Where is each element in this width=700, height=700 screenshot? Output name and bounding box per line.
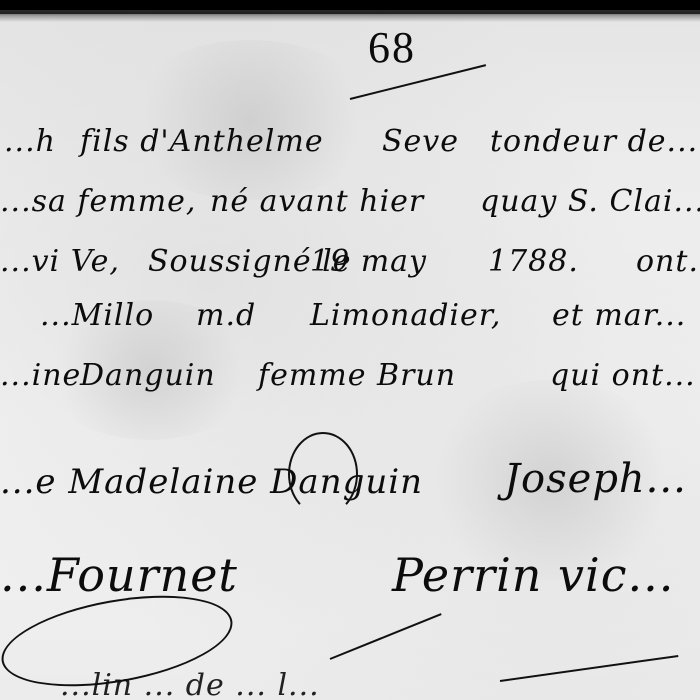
line-5-segment-2: Danguin: [80, 358, 216, 393]
perrin-flourish-stroke: [330, 613, 442, 660]
line-5-segment-3: femme Brun: [258, 358, 456, 393]
line-1-segment-4: tondeur de...: [490, 124, 698, 159]
folio-number: 68: [368, 22, 416, 73]
manuscript-page: 68 ...h fils d'Anthelme Seve tondeur de.…: [0, 0, 700, 700]
line-4-segment-4: et mar...: [552, 298, 686, 333]
line-4-segment-3: Limonadier,: [310, 298, 501, 333]
line-4-segment-1: ...Millo: [40, 298, 154, 333]
perrin-underline-stroke: [500, 655, 679, 682]
paper-edge-shadow: [0, 10, 700, 22]
signature-madelaine-danguin: ...e Madelaine Danguin: [0, 462, 423, 502]
line-4-segment-2: m.d: [196, 298, 256, 333]
signature-joseph: Joseph...: [504, 456, 687, 502]
paper-stain: [120, 40, 380, 200]
signature-flourish: [288, 432, 358, 516]
line-1-segment-1: ...h: [4, 124, 56, 159]
line-3-segment-4: 1788.: [488, 244, 579, 279]
line-1-segment-3: Seve: [382, 124, 459, 159]
line-2-segment-2: né avant hier: [210, 184, 424, 219]
line-2-segment-1: ...sa femme,: [0, 184, 196, 219]
line-5-segment-1: ...ine: [0, 358, 81, 393]
line-3-segment-1: ...vi Ve,: [0, 244, 120, 279]
signature-fournet: ...Fournet: [0, 548, 238, 602]
line-3-segment-5: ont...: [636, 244, 700, 279]
line-5-segment-4: qui ont...: [550, 358, 696, 393]
line-1-segment-2: fils d'Anthelme: [80, 124, 324, 159]
signature-perrin-vicaire: Perrin vic...: [392, 548, 674, 602]
line-2-segment-3: quay S. Clai...: [480, 184, 700, 219]
bottom-text-fragment: ...lin ... de ... l...: [60, 668, 320, 700]
line-3-segment-3: 19 may: [310, 244, 427, 279]
